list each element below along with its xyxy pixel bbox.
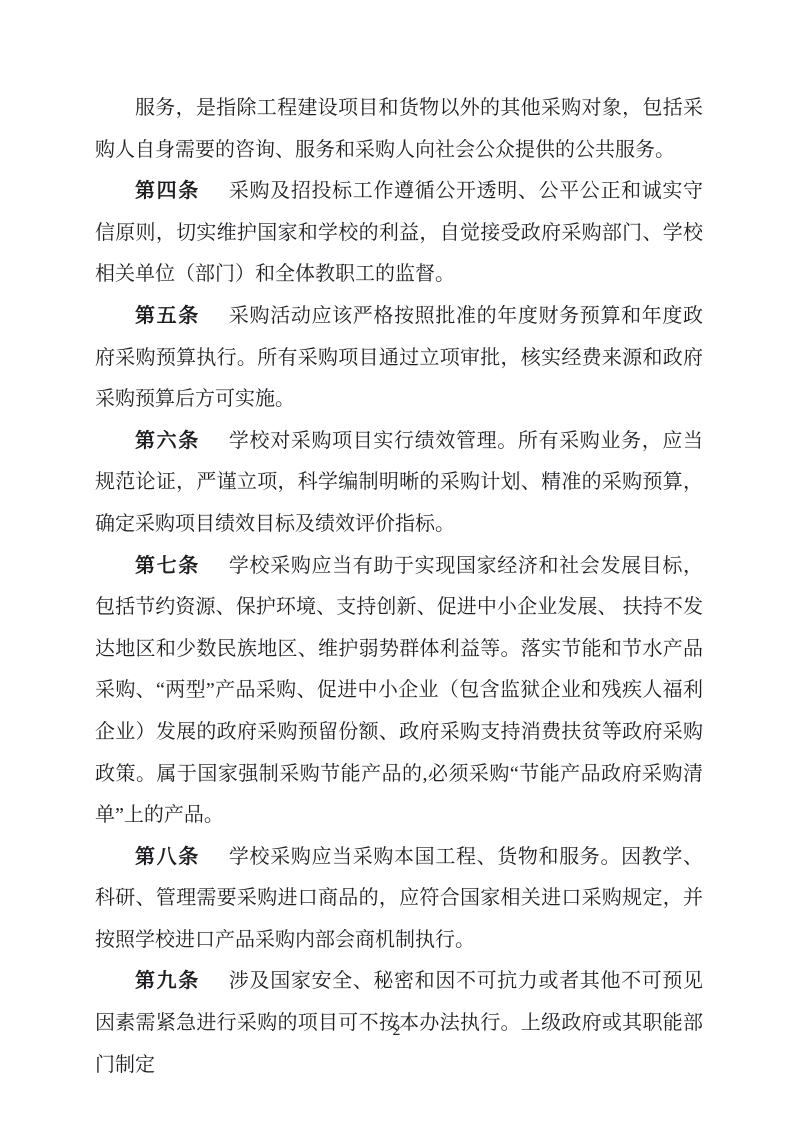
article-number-label: 第四条	[135, 180, 200, 202]
article-number-label: 第五条	[135, 305, 200, 327]
document-body: 服务，是指除工程建设项目和货物以外的其他采购对象，包括采购人自身需要的咨询、服务…	[95, 88, 703, 1086]
article-number-label: 第七条	[135, 555, 200, 577]
paragraph-text: 服务，是指除工程建设项目和货物以外的其他采购对象，包括采购人自身需要的咨询、服务…	[95, 97, 703, 161]
paragraph-text: 学校采购应当有助于实现国家经济和社会发展目标，包括节约资源、保护环境、支持创新、…	[95, 555, 703, 827]
paragraph-article-7: 第七条学校采购应当有助于实现国家经济和社会发展目标，包括节约资源、保护环境、支持…	[95, 546, 703, 837]
paragraph-article-5: 第五条采购活动应该严格按照批准的年度财务预算和年度政府采购预算执行。所有采购项目…	[95, 296, 703, 421]
document-page: 服务，是指除工程建设项目和货物以外的其他采购对象，包括采购人自身需要的咨询、服务…	[0, 0, 793, 1122]
paragraph-services-definition: 服务，是指除工程建设项目和货物以外的其他采购对象，包括采购人自身需要的咨询、服务…	[95, 88, 703, 171]
article-number-label: 第八条	[135, 846, 200, 868]
page-number: 2	[0, 1022, 793, 1040]
paragraph-article-4: 第四条采购及招投标工作遵循公开透明、公平公正和诚实守信原则，切实维护国家和学校的…	[95, 171, 703, 296]
paragraph-article-8: 第八条学校采购应当采购本国工程、货物和服务。因教学、科研、管理需要采购进口商品的…	[95, 837, 703, 962]
article-number-label: 第六条	[135, 430, 200, 452]
paragraph-article-6: 第六条学校对采购项目实行绩效管理。所有采购业务，应当规范论证，严谨立项，科学编制…	[95, 421, 703, 546]
article-number-label: 第九条	[135, 970, 200, 992]
